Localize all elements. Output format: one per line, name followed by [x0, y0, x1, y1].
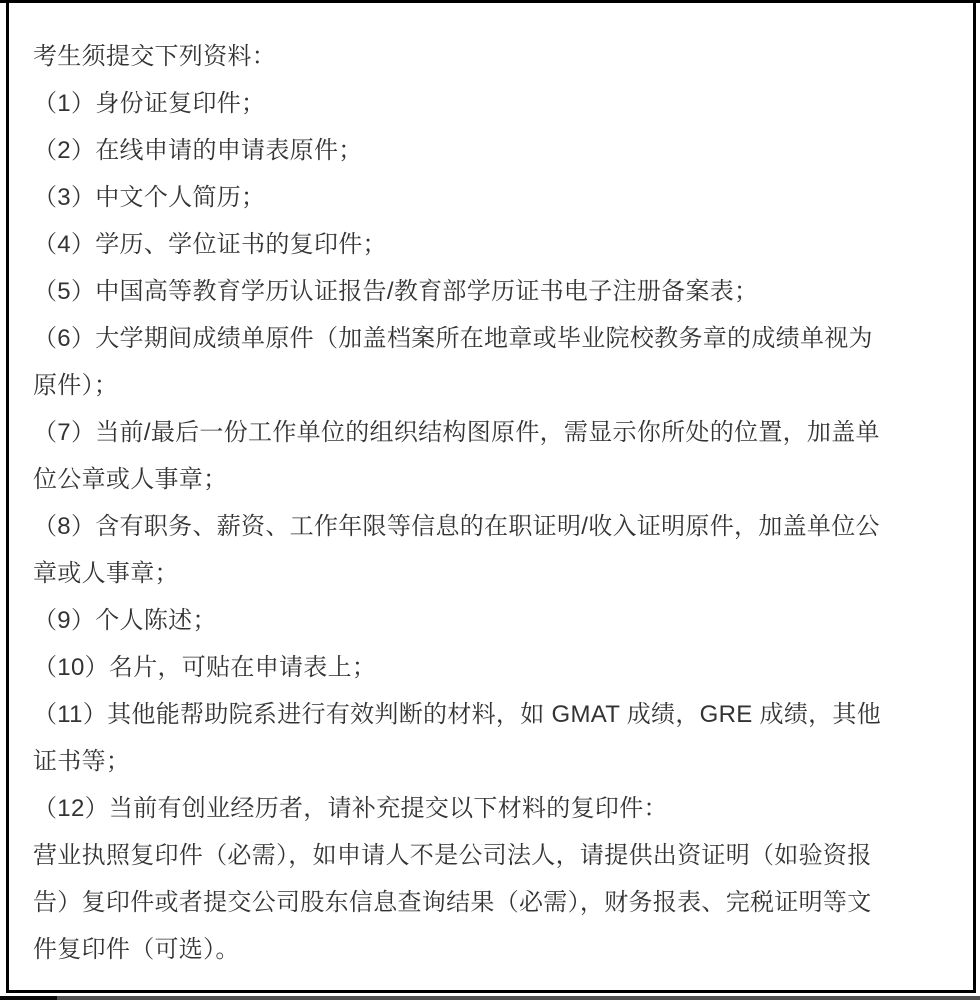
item-3: （3）中文个人简历；	[33, 174, 961, 221]
item-8-line-2: 章或人事章；	[33, 550, 961, 597]
top-border-line	[0, 0, 980, 3]
item-12-note-line-3: 件复印件（可选）。	[33, 926, 961, 973]
item-11-line-1: （11）其他能帮助院系进行有效判断的材料，如 GMAT 成绩，GRE 成绩，其他	[33, 691, 961, 738]
item-12: （12）当前有创业经历者，请补充提交以下材料的复印件：	[33, 785, 961, 832]
item-2: （2）在线申请的申请表原件；	[33, 127, 961, 174]
item-10: （10）名片，可贴在申请表上；	[33, 644, 961, 691]
item-12-note-line-1: 营业执照复印件（必需），如申请人不是公司法人，请提供出资证明（如验资报	[33, 832, 961, 879]
item-4: （4）学历、学位证书的复印件；	[33, 221, 961, 268]
item-7-line-2: 位公章或人事章；	[33, 456, 961, 503]
item-1: （1）身份证复印件；	[33, 80, 961, 127]
item-12-note-line-2: 告）复印件或者提交公司股东信息查询结果（必需），财务报表、完税证明等文	[33, 879, 961, 926]
bottom-edge-bar	[0, 996, 980, 1000]
item-8-line-1: （8）含有职务、薪资、工作年限等信息的在职证明/收入证明原件，加盖单位公	[33, 503, 961, 550]
item-6-line-2: 原件）；	[33, 362, 961, 409]
item-11-line-2: 证书等；	[33, 738, 961, 785]
page: 考生须提交下列资料： （1）身份证复印件； （2）在线申请的申请表原件； （3）…	[0, 0, 980, 1000]
item-9: （9）个人陈述；	[33, 597, 961, 644]
bottom-edge-bar-dark-segment	[0, 996, 57, 1000]
document-box: 考生须提交下列资料： （1）身份证复印件； （2）在线申请的申请表原件； （3）…	[6, 0, 976, 993]
item-6-line-1: （6）大学期间成绩单原件（加盖档案所在地章或毕业院校教务章的成绩单视为	[33, 315, 961, 362]
item-7-line-1: （7）当前/最后一份工作单位的组织结构图原件，需显示你所处的位置，加盖单	[33, 409, 961, 456]
item-5: （5）中国高等教育学历认证报告/教育部学历证书电子注册备案表；	[33, 268, 961, 315]
intro-line: 考生须提交下列资料：	[33, 33, 961, 80]
